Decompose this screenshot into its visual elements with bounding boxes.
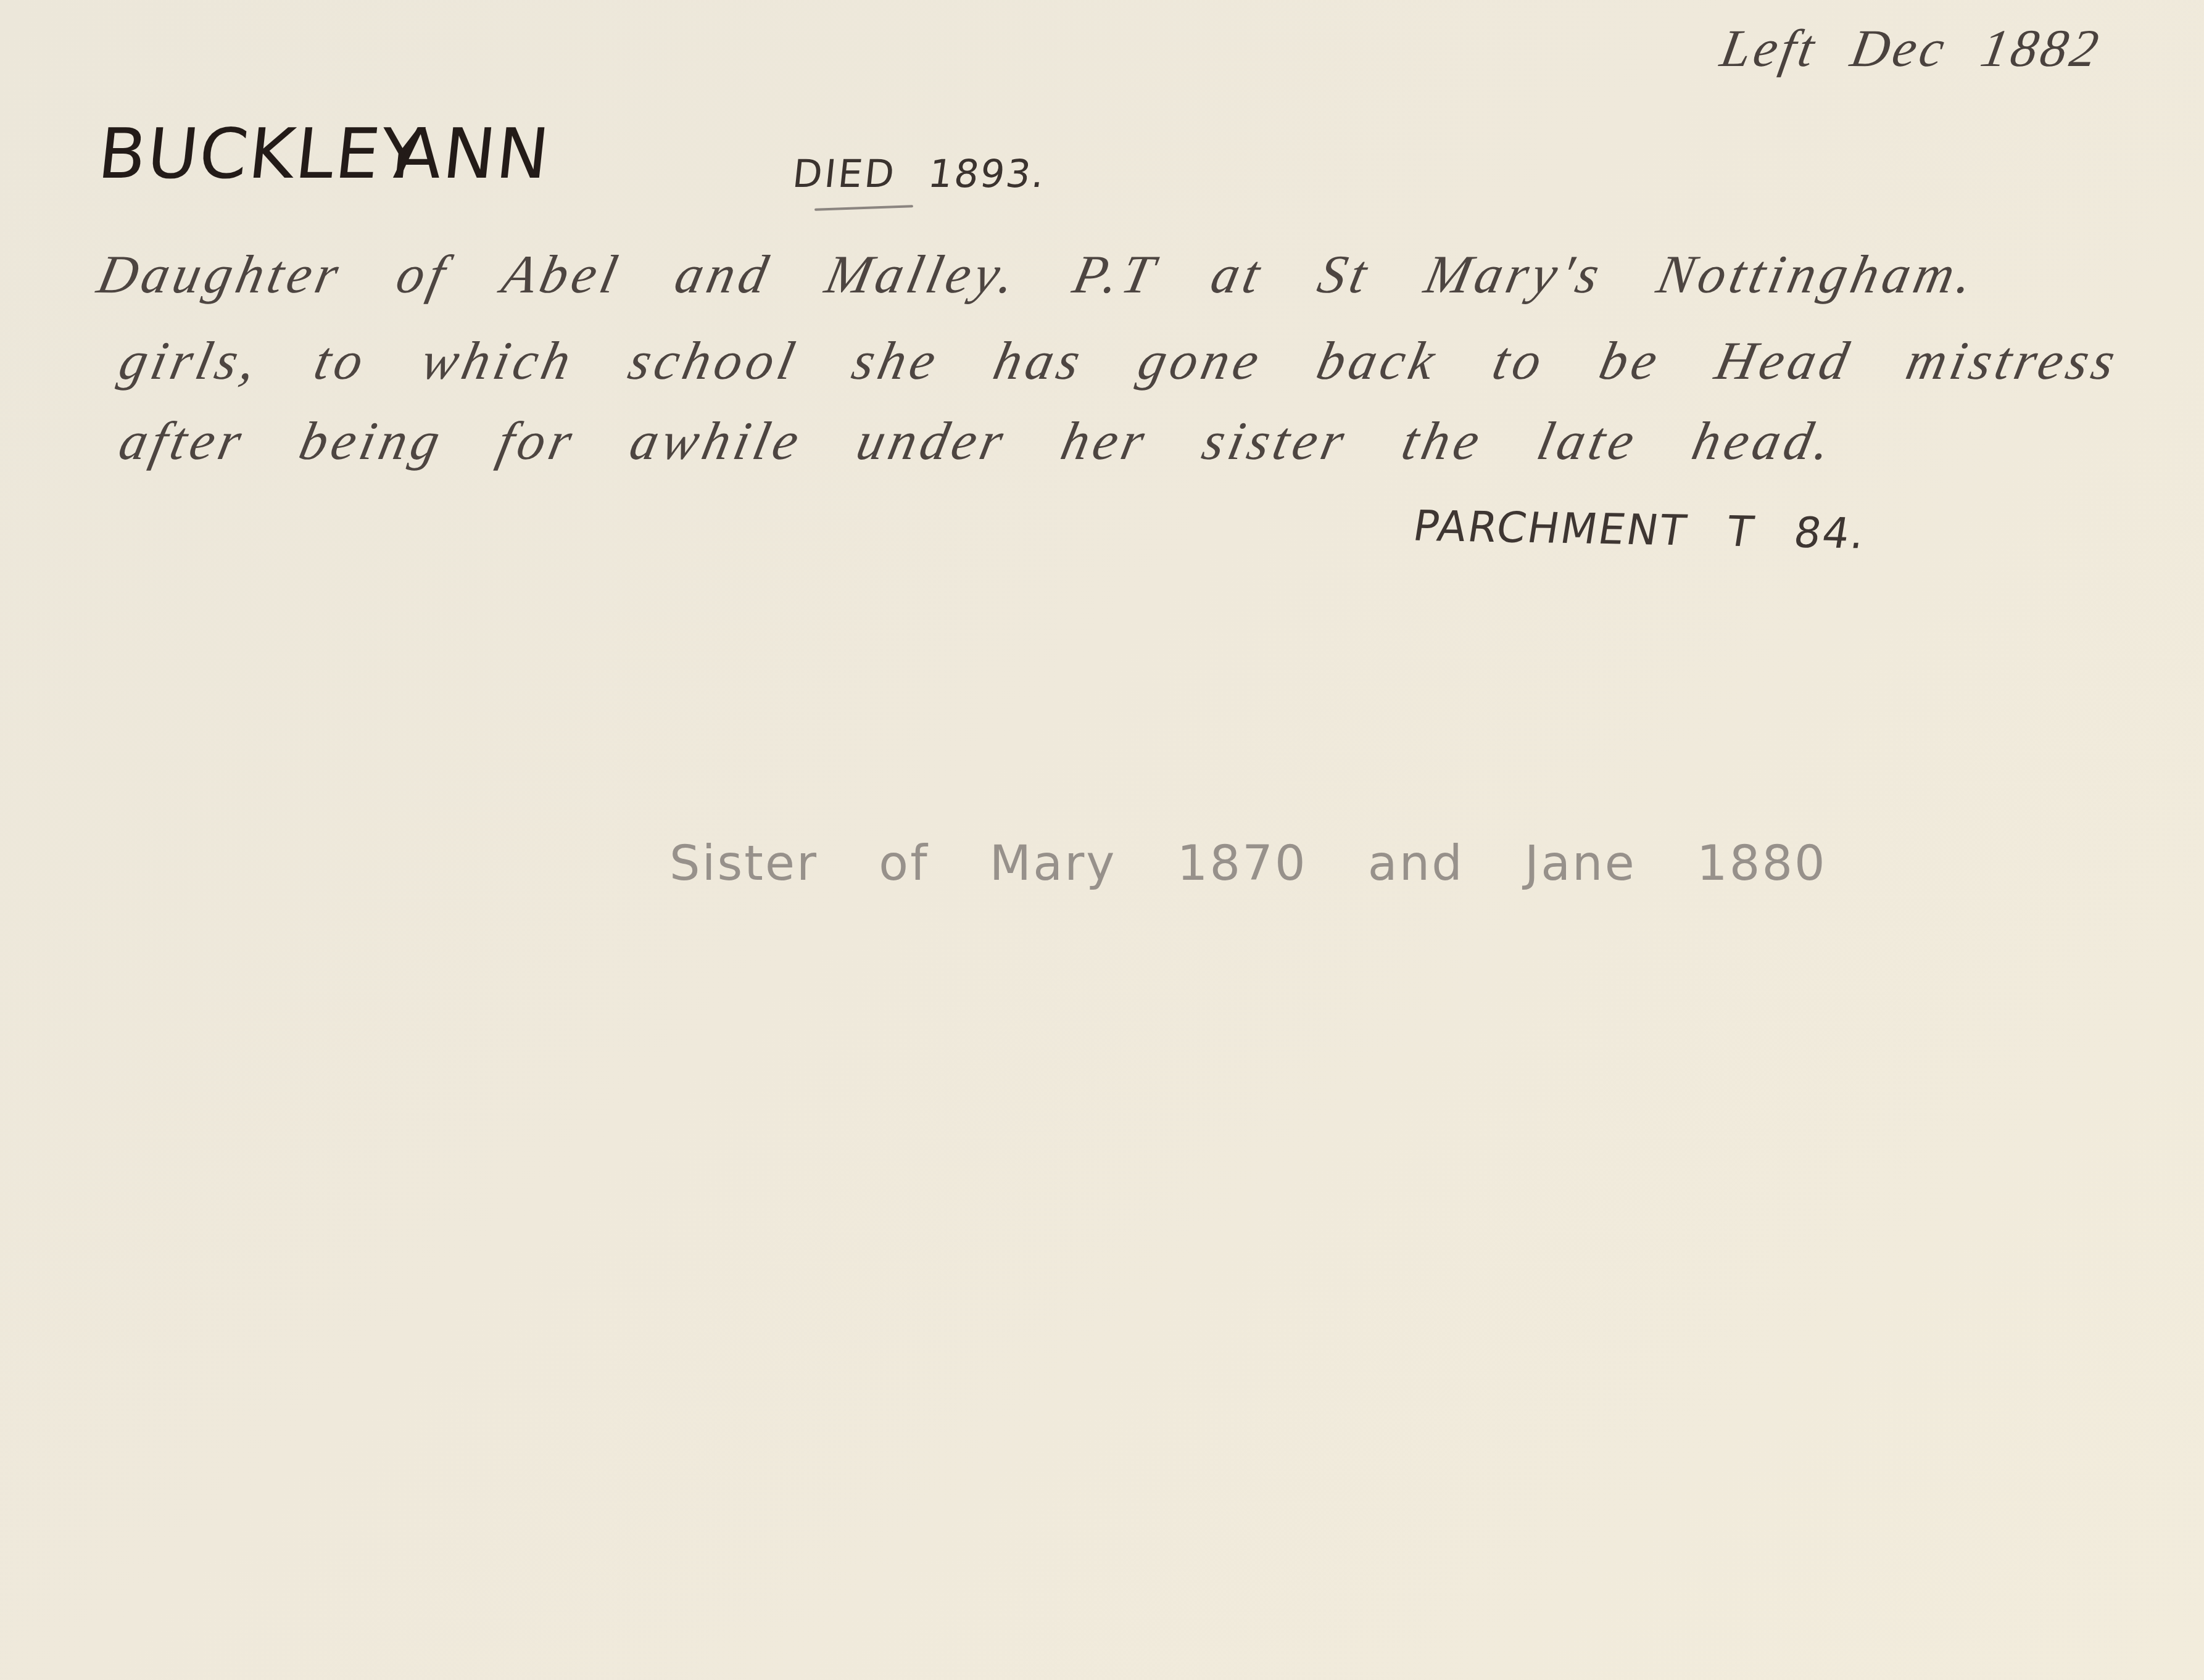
entry-surname: BUCKLEY [94,114,428,194]
entry-first-name: ANN [391,114,554,194]
body-line-1: Daughter of Abel and Malley. P.T at St M… [92,244,1982,306]
body-line-2: girls, to which school she has gone back… [114,330,2124,392]
body-line-3: after being for awhile under her sister … [114,410,1841,473]
register-page: Left Dec 1882 BUCKLEY ANN DIED 1893. Dau… [0,0,2204,1680]
died-underline [814,205,913,211]
died-year: 1893. [926,151,1049,196]
sister-pencil-note: Sister of Mary 1870 and Jane 1880 [669,836,1827,892]
left-date-note: Left Dec 1882 [1716,17,2106,79]
died-label: DIED [790,151,899,196]
parchment-reference: PARCHMENT T 84. [1410,502,1870,559]
